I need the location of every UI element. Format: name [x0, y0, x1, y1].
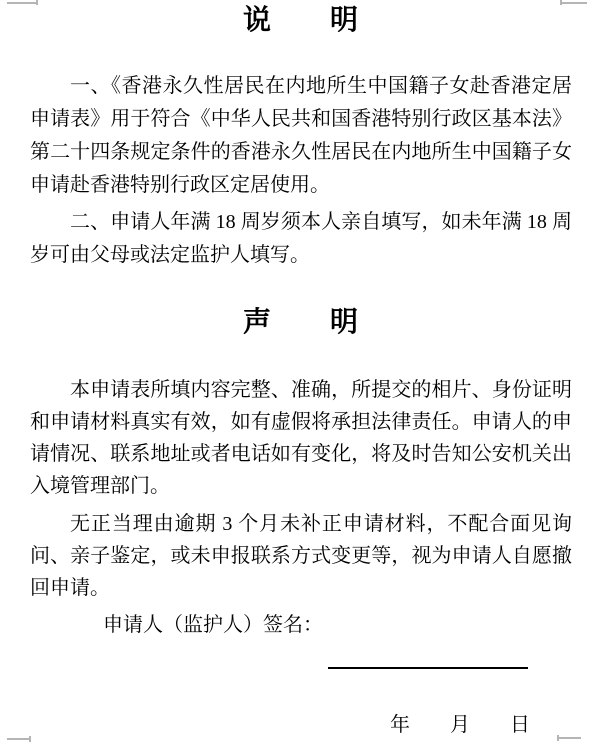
signature-line [328, 667, 528, 669]
instructions-paragraph-1: 一、《香港永久性居民在内地所生中国籍子女赴香港定居申请表》用于符合《中华人民共和… [30, 70, 572, 202]
instructions-title: 说 明 [0, 3, 602, 39]
date-line: 年 月 日 [0, 711, 602, 739]
declaration-paragraph-1: 本申请表所填内容完整、准确，所提交的相片、身份证明和申请材料真实有效，如有虚假将… [30, 374, 572, 502]
declaration-body: 本申请表所填内容完整、准确，所提交的相片、身份证明和申请材料真实有效，如有虚假将… [30, 374, 572, 604]
instructions-paragraph-2: 二、申请人年满 18 周岁须本人亲自填写，如未年满 18 周岁可由父母或法定监护… [30, 206, 572, 272]
document-page: 说 明 一、《香港永久性居民在内地所生中国籍子女赴香港定居申请表》用于符合《中华… [0, 0, 602, 743]
declaration-paragraph-2: 无正当理由逾期 3 个月未补正申请材料，不配合面见询问、亲子鉴定，或未申报联系方… [30, 508, 572, 604]
instructions-body: 一、《香港永久性居民在内地所生中国籍子女赴香港定居申请表》用于符合《中华人民共和… [30, 70, 572, 272]
declaration-title: 声 明 [0, 305, 602, 341]
signature-label: 申请人（监护人）签名： [103, 611, 323, 639]
